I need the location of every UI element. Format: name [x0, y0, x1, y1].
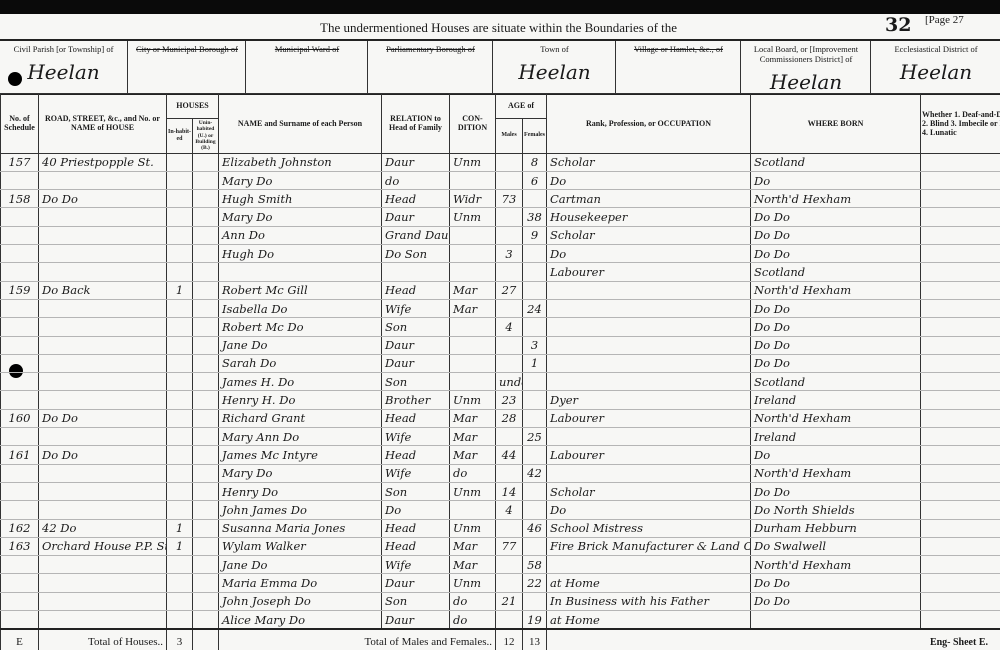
cell-condition: Mar: [450, 428, 496, 446]
cell-inhabited: [167, 464, 193, 482]
cell-female-age: [523, 391, 547, 409]
cell-female-age: [523, 281, 547, 299]
cell-male-age: 44: [496, 446, 523, 464]
table-row: James H. DoSonunder 2 mthsScotland: [1, 373, 1000, 391]
cell-condition: do: [450, 464, 496, 482]
cell-schedule: [1, 610, 39, 629]
cell-name: James H. Do: [219, 373, 382, 391]
cell-condition: Mar: [450, 537, 496, 555]
cell-condition: [450, 245, 496, 263]
cell-female-age: [523, 409, 547, 427]
cell-schedule: 162: [1, 519, 39, 537]
cell-relation: [382, 263, 450, 281]
totals-mark: E: [1, 629, 39, 650]
cell-occupation: Cartman: [547, 190, 751, 208]
cell-infirmity: [921, 428, 1000, 446]
cell-road: [39, 501, 167, 519]
cell-road: Orchard House P.P. St.: [39, 537, 167, 555]
boundary-value: Heelan: [871, 60, 1000, 84]
cell-condition: Unm: [450, 208, 496, 226]
cell-inhabited: [167, 428, 193, 446]
cell-uninhabited: [193, 299, 219, 317]
cell-male-age: under 2 mths: [496, 373, 523, 391]
cell-condition: do: [450, 592, 496, 610]
cell-infirmity: [921, 299, 1000, 317]
cell-road: Do Do: [39, 446, 167, 464]
cell-name: Mary Do: [219, 208, 382, 226]
cell-name: Mary Do: [219, 464, 382, 482]
cell-name: Sarah Do: [219, 354, 382, 372]
cell-female-age: 42: [523, 464, 547, 482]
cell-occupation: Labourer: [547, 263, 751, 281]
boundary-civil-parish: Civil Parish [or Township] of Heelan: [0, 41, 127, 93]
totals-row: E Total of Houses.. 3 Total of Males and…: [1, 629, 1000, 650]
cell-relation: Head: [382, 446, 450, 464]
cell-occupation: [547, 556, 751, 574]
boundary-value: Heelan: [493, 60, 616, 84]
cell-born: North'd Hexham: [751, 409, 921, 427]
cell-infirmity: [921, 226, 1000, 244]
cell-relation: Son: [382, 318, 450, 336]
cell-born: Do Do: [751, 299, 921, 317]
cell-condition: [450, 171, 496, 189]
cell-inhabited: [167, 610, 193, 629]
cell-inhabited: 1: [167, 519, 193, 537]
cell-inhabited: [167, 299, 193, 317]
cell-road: [39, 556, 167, 574]
cell-born: Do Do: [751, 592, 921, 610]
cell-infirmity: [921, 354, 1000, 372]
cell-infirmity: [921, 318, 1000, 336]
cell-schedule: 161: [1, 446, 39, 464]
cell-occupation: at Home: [547, 610, 751, 629]
cell-occupation: In Business with his Father: [547, 592, 751, 610]
cell-schedule: [1, 373, 39, 391]
cell-male-age: [496, 610, 523, 629]
cell-inhabited: [167, 391, 193, 409]
table-row: Mary DoWifedo42North'd Hexham: [1, 464, 1000, 482]
cell-born: Durham Hebburn: [751, 519, 921, 537]
boundary-municipal-ward: Municipal Ward of: [245, 41, 368, 93]
cell-female-age: 6: [523, 171, 547, 189]
cell-relation: Head: [382, 190, 450, 208]
cell-infirmity: [921, 409, 1000, 427]
boundary-parliamentary-borough: Parliamentary Borough of: [367, 41, 493, 93]
cell-schedule: [1, 318, 39, 336]
cell-schedule: [1, 464, 39, 482]
cell-name: [219, 263, 382, 281]
cell-male-age: [496, 208, 523, 226]
cell-occupation: Scholar: [547, 153, 751, 171]
cell-name: Alice Mary Do: [219, 610, 382, 629]
col-uninhabited: Unin-habited (U.) or Building (B.): [193, 119, 219, 154]
cell-condition: [450, 318, 496, 336]
scan-top-border: [0, 0, 1000, 14]
cell-name: John James Do: [219, 501, 382, 519]
cell-infirmity: [921, 190, 1000, 208]
col-road: ROAD, STREET, &c., and No. or NAME of HO…: [39, 94, 167, 154]
cell-relation: Son: [382, 373, 450, 391]
col-condition: CON-DITION: [450, 94, 496, 154]
cell-road: 42 Do: [39, 519, 167, 537]
cell-relation: Wife: [382, 299, 450, 317]
cell-road: [39, 592, 167, 610]
boundary-ecclesiastical-district: Ecclesiastical District of Heelan: [870, 41, 1000, 93]
cell-condition: Unm: [450, 153, 496, 171]
cell-name: Jane Do: [219, 556, 382, 574]
cell-occupation: [547, 428, 751, 446]
cell-schedule: 158: [1, 190, 39, 208]
cell-female-age: [523, 190, 547, 208]
cell-uninhabited: [193, 501, 219, 519]
cell-occupation: Dyer: [547, 391, 751, 409]
cell-road: [39, 263, 167, 281]
cell-relation: Daur: [382, 208, 450, 226]
cell-born: Scotland: [751, 373, 921, 391]
cell-uninhabited: [193, 464, 219, 482]
cell-male-age: [496, 556, 523, 574]
cell-relation: Wife: [382, 556, 450, 574]
total-persons-label: Total of Males and Females..: [219, 629, 496, 650]
cell-road: [39, 226, 167, 244]
cell-born: Do Do: [751, 226, 921, 244]
cell-born: Scotland: [751, 153, 921, 171]
boundary-label: City or Municipal Borough of: [128, 41, 246, 54]
cell-name: Jane Do: [219, 336, 382, 354]
cell-inhabited: [167, 501, 193, 519]
cell-road: Do Do: [39, 409, 167, 427]
cell-condition: Unm: [450, 519, 496, 537]
page-reference: [Page 27: [925, 14, 964, 26]
table-row: Robert Mc DoSon4Do Do: [1, 318, 1000, 336]
cell-infirmity: [921, 336, 1000, 354]
table-row: 159Do Back1Robert Mc GillHeadMar27North'…: [1, 281, 1000, 299]
cell-occupation: Do: [547, 171, 751, 189]
table-row: Alice Mary DoDaurdo19at Home: [1, 610, 1000, 629]
cell-male-age: [496, 263, 523, 281]
total-males: 12: [496, 629, 523, 650]
cell-female-age: 58: [523, 556, 547, 574]
cell-schedule: 159: [1, 281, 39, 299]
cell-relation: Daur: [382, 354, 450, 372]
total-houses-label: Total of Houses..: [39, 629, 167, 650]
boundary-label: Local Board, or [Improvement Commissione…: [741, 41, 871, 64]
cell-infirmity: [921, 610, 1000, 629]
cell-occupation: Labourer: [547, 446, 751, 464]
cell-road: [39, 610, 167, 629]
cell-uninhabited: [193, 226, 219, 244]
cell-male-age: 4: [496, 318, 523, 336]
cell-road: [39, 373, 167, 391]
cell-born: Do Do: [751, 318, 921, 336]
cell-road: Do Do: [39, 190, 167, 208]
cell-female-age: 8: [523, 153, 547, 171]
col-inhabited: In-habit-ed: [167, 119, 193, 154]
col-name: NAME and Surname of each Person: [219, 94, 382, 154]
cell-infirmity: [921, 501, 1000, 519]
cell-female-age: [523, 446, 547, 464]
cell-infirmity: [921, 263, 1000, 281]
cell-occupation: [547, 336, 751, 354]
cell-schedule: [1, 482, 39, 500]
boundary-town: Town of Heelan: [492, 41, 616, 93]
cell-uninhabited: [193, 263, 219, 281]
cell-infirmity: [921, 592, 1000, 610]
cell-male-age: 28: [496, 409, 523, 427]
cell-relation: Wife: [382, 428, 450, 446]
cell-occupation: at Home: [547, 574, 751, 592]
cell-name: Richard Grant: [219, 409, 382, 427]
cell-road: 40 Priestpopple St.: [39, 153, 167, 171]
cell-schedule: [1, 428, 39, 446]
cell-occupation: [547, 281, 751, 299]
cell-name: Ann Do: [219, 226, 382, 244]
boundary-label: Municipal Ward of: [246, 41, 368, 54]
cell-occupation: Housekeeper: [547, 208, 751, 226]
cell-uninhabited: [193, 482, 219, 500]
table-row: John Joseph DoSondo21In Business with hi…: [1, 592, 1000, 610]
cell-uninhabited: [193, 208, 219, 226]
cell-inhabited: [167, 226, 193, 244]
cell-female-age: [523, 373, 547, 391]
cell-born: [751, 610, 921, 629]
cell-born: Ireland: [751, 428, 921, 446]
sheet-footer: Eng- Sheet E.: [930, 637, 988, 648]
cell-road: Do Back: [39, 281, 167, 299]
cell-female-age: 3: [523, 336, 547, 354]
cell-occupation: Labourer: [547, 409, 751, 427]
table-row: Sarah DoDaur1Do Do: [1, 354, 1000, 372]
cell-inhabited: [167, 556, 193, 574]
total-females: 13: [523, 629, 547, 650]
cell-occupation: [547, 318, 751, 336]
cell-born: Do Do: [751, 482, 921, 500]
cell-uninhabited: [193, 190, 219, 208]
cell-schedule: [1, 336, 39, 354]
cell-relation: Do: [382, 501, 450, 519]
cell-infirmity: [921, 391, 1000, 409]
cell-male-age: [496, 153, 523, 171]
cell-name: James Mc Intyre: [219, 446, 382, 464]
census-table: No. of Schedule ROAD, STREET, &c., and N…: [0, 93, 1000, 650]
cell-schedule: [1, 501, 39, 519]
col-infirmity: Whether 1. Deaf-and-Dumb 2. Blind 3. Imb…: [921, 94, 1000, 154]
boundary-village: Village or Hamlet, &c., of: [615, 41, 741, 93]
col-age: AGE of: [496, 94, 547, 119]
cell-infirmity: [921, 464, 1000, 482]
cell-schedule: [1, 354, 39, 372]
cell-male-age: [496, 519, 523, 537]
cell-born: Do North Shields: [751, 501, 921, 519]
cell-uninhabited: [193, 610, 219, 629]
cell-male-age: 23: [496, 391, 523, 409]
cell-condition: Unm: [450, 574, 496, 592]
cell-name: Susanna Maria Jones: [219, 519, 382, 537]
cell-condition: Mar: [450, 556, 496, 574]
cell-road: [39, 574, 167, 592]
cell-infirmity: [921, 281, 1000, 299]
cell-road: [39, 482, 167, 500]
cell-relation: Head: [382, 409, 450, 427]
cell-condition: [450, 501, 496, 519]
cell-relation: Brother: [382, 391, 450, 409]
table-row: LabourerScotland: [1, 263, 1000, 281]
cell-uninhabited: [193, 519, 219, 537]
cell-occupation: School Mistress: [547, 519, 751, 537]
cell-female-age: 38: [523, 208, 547, 226]
cell-inhabited: [167, 574, 193, 592]
census-sheet: The undermentioned Houses are situate wi…: [0, 14, 1000, 650]
cell-inhabited: [167, 263, 193, 281]
cell-inhabited: [167, 318, 193, 336]
cell-condition: do: [450, 610, 496, 629]
cell-uninhabited: [193, 318, 219, 336]
cell-uninhabited: [193, 245, 219, 263]
cell-occupation: [547, 373, 751, 391]
cell-relation: Daur: [382, 574, 450, 592]
cell-schedule: [1, 391, 39, 409]
cell-name: Wylam Walker: [219, 537, 382, 555]
cell-uninhabited: [193, 336, 219, 354]
cell-inhabited: [167, 208, 193, 226]
cell-infirmity: [921, 519, 1000, 537]
table-row: Maria Emma DoDaurUnm22at HomeDo Do: [1, 574, 1000, 592]
col-born: WHERE BORN: [751, 94, 921, 154]
cell-condition: [450, 226, 496, 244]
cell-female-age: [523, 482, 547, 500]
cell-born: Do Do: [751, 574, 921, 592]
boundary-label: Village or Hamlet, &c., of: [616, 41, 741, 54]
cell-born: Scotland: [751, 263, 921, 281]
cell-female-age: [523, 501, 547, 519]
cell-infirmity: [921, 556, 1000, 574]
boundary-value: Heelan: [741, 70, 871, 94]
boundaries-row: Civil Parish [or Township] of Heelan Cit…: [0, 39, 1000, 95]
cell-inhabited: [167, 171, 193, 189]
cell-uninhabited: [193, 556, 219, 574]
cell-uninhabited: [193, 171, 219, 189]
boundary-label: Ecclesiastical District of: [871, 41, 1000, 54]
cell-condition: Mar: [450, 446, 496, 464]
col-relation: RELATION to Head of Family: [382, 94, 450, 154]
cell-name: Maria Emma Do: [219, 574, 382, 592]
cell-name: Hugh Smith: [219, 190, 382, 208]
cell-male-age: [496, 464, 523, 482]
cell-schedule: 157: [1, 153, 39, 171]
cell-schedule: [1, 556, 39, 574]
cell-inhabited: [167, 153, 193, 171]
cell-male-age: [496, 428, 523, 446]
col-occupation: Rank, Profession, or OCCUPATION: [547, 94, 751, 154]
cell-relation: Daur: [382, 153, 450, 171]
cell-uninhabited: [193, 446, 219, 464]
cell-female-age: [523, 592, 547, 610]
cell-male-age: [496, 299, 523, 317]
cell-born: Ireland: [751, 391, 921, 409]
table-row: 163Orchard House P.P. St.1Wylam WalkerHe…: [1, 537, 1000, 555]
cell-name: Hugh Do: [219, 245, 382, 263]
cell-relation: Grand Daur: [382, 226, 450, 244]
cell-female-age: 22: [523, 574, 547, 592]
cell-uninhabited: [193, 592, 219, 610]
cell-name: Elizabeth Johnston: [219, 153, 382, 171]
cell-inhabited: [167, 482, 193, 500]
cell-condition: [450, 336, 496, 354]
cell-born: North'd Hexham: [751, 190, 921, 208]
cell-schedule: [1, 208, 39, 226]
cell-road: [39, 391, 167, 409]
cell-infirmity: [921, 153, 1000, 171]
cell-inhabited: [167, 409, 193, 427]
cell-inhabited: 1: [167, 537, 193, 555]
boundary-label: Parliamentary Borough of: [368, 41, 493, 54]
cell-female-age: 24: [523, 299, 547, 317]
cell-infirmity: [921, 537, 1000, 555]
cell-female-age: 25: [523, 428, 547, 446]
cell-occupation: Scholar: [547, 482, 751, 500]
cell-male-age: 73: [496, 190, 523, 208]
cell-condition: [450, 373, 496, 391]
table-row: Mary DoDaurUnm38HousekeeperDo Do: [1, 208, 1000, 226]
cell-born: North'd Hexham: [751, 464, 921, 482]
cell-male-age: 3: [496, 245, 523, 263]
cell-road: [39, 208, 167, 226]
cell-inhabited: [167, 245, 193, 263]
table-row: Henry DoSonUnm14ScholarDo Do: [1, 482, 1000, 500]
cell-born: Do Do: [751, 336, 921, 354]
cell-schedule: 163: [1, 537, 39, 555]
table-row: Henry H. DoBrotherUnm23DyerIreland: [1, 391, 1000, 409]
table-row: Jane DoDaur3Do Do: [1, 336, 1000, 354]
cell-relation: Head: [382, 519, 450, 537]
cell-schedule: [1, 574, 39, 592]
cell-condition: Mar: [450, 299, 496, 317]
cell-road: [39, 299, 167, 317]
cell-inhabited: [167, 373, 193, 391]
cell-name: Isabella Do: [219, 299, 382, 317]
sheet-headline: The undermentioned Houses are situate wi…: [320, 20, 677, 36]
cell-infirmity: [921, 171, 1000, 189]
cell-name: Robert Mc Gill: [219, 281, 382, 299]
cell-uninhabited: [193, 574, 219, 592]
cell-infirmity: [921, 482, 1000, 500]
cell-male-age: 21: [496, 592, 523, 610]
punch-hole: [8, 72, 22, 86]
cell-male-age: [496, 226, 523, 244]
cell-condition: Mar: [450, 281, 496, 299]
cell-born: North'd Hexham: [751, 556, 921, 574]
cell-female-age: 9: [523, 226, 547, 244]
table-row: 15740 Priestpopple St.Elizabeth Johnston…: [1, 153, 1000, 171]
cell-occupation: Do: [547, 245, 751, 263]
cell-inhabited: [167, 190, 193, 208]
cell-female-age: [523, 318, 547, 336]
table-row: Mary Ann DoWifeMar25Ireland: [1, 428, 1000, 446]
cell-female-age: [523, 537, 547, 555]
cell-occupation: [547, 354, 751, 372]
cell-road: [39, 354, 167, 372]
cell-born: Do Swalwell: [751, 537, 921, 555]
cell-road: [39, 245, 167, 263]
cell-road: [39, 464, 167, 482]
cell-female-age: 46: [523, 519, 547, 537]
cell-relation: Do Son: [382, 245, 450, 263]
cell-condition: Mar: [450, 409, 496, 427]
folio-number: 32: [885, 14, 911, 36]
table-row: Ann DoGrand Daur9ScholarDo Do: [1, 226, 1000, 244]
cell-schedule: [1, 171, 39, 189]
table-row: John James DoDo4DoDo North Shields: [1, 501, 1000, 519]
